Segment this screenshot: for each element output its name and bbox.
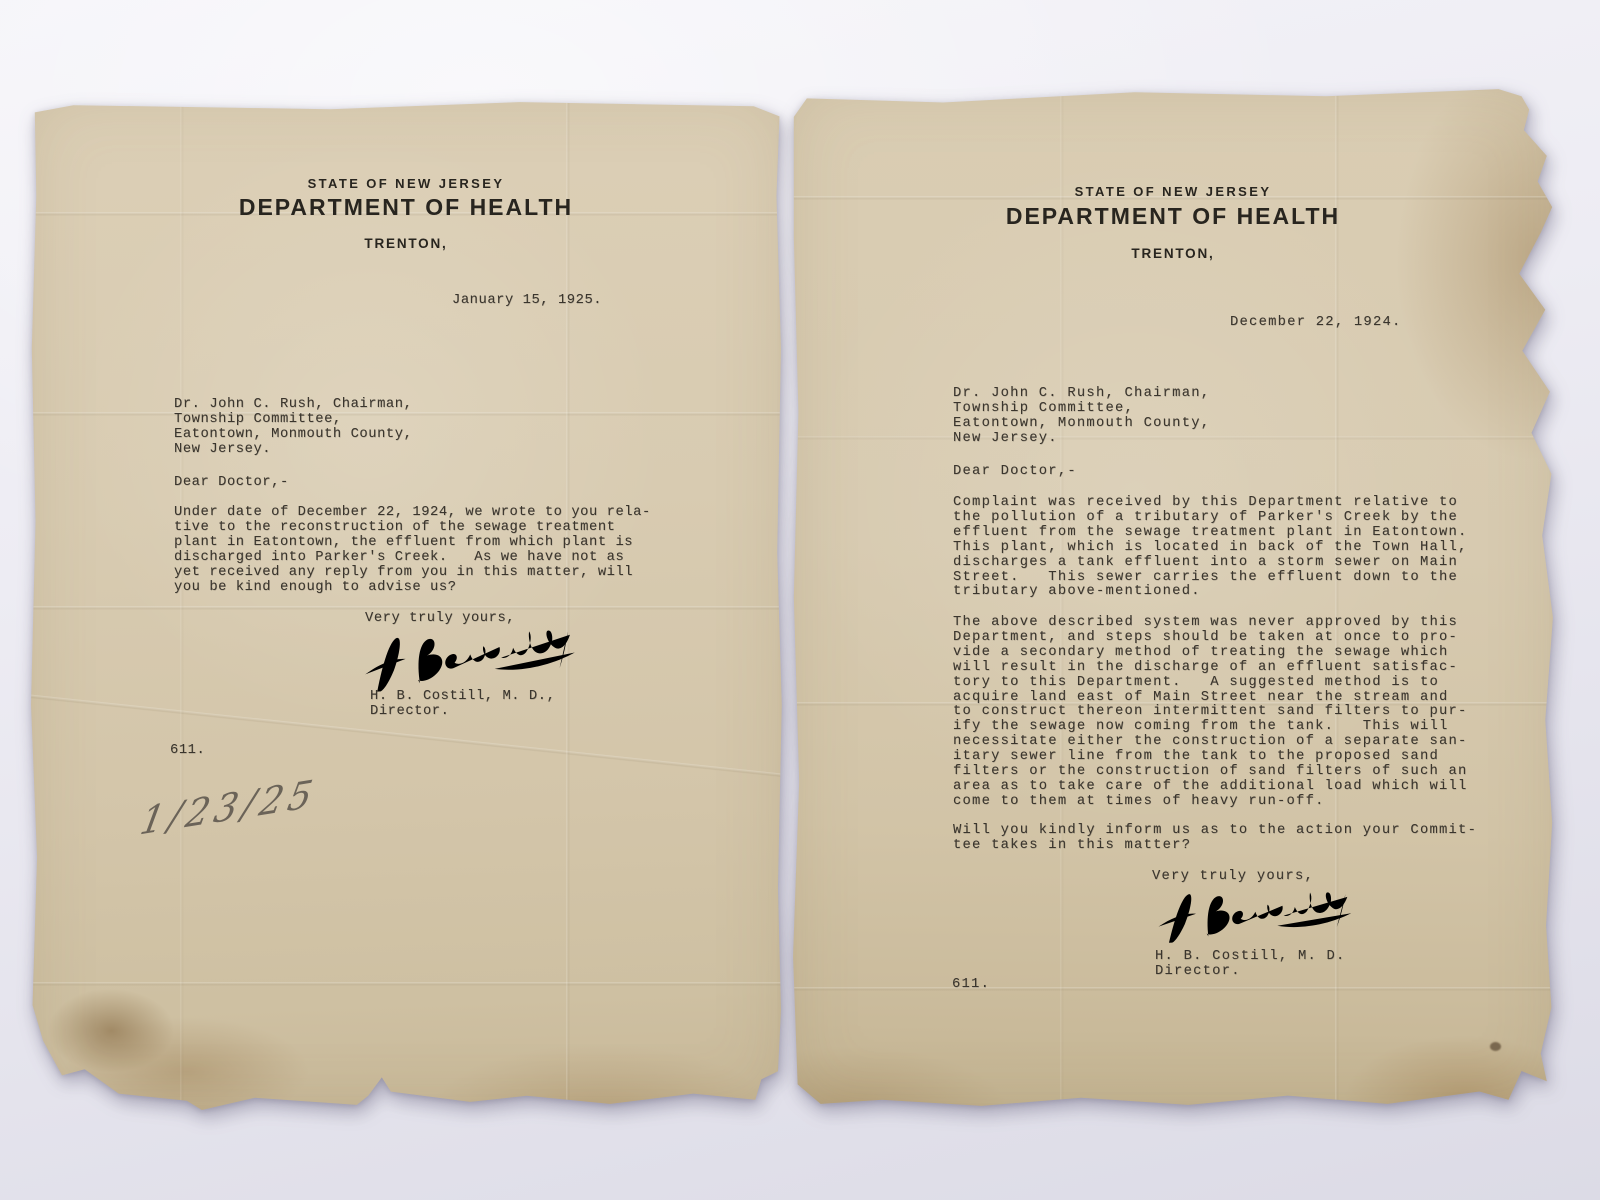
date-line: January 15, 1925. <box>452 294 602 309</box>
letterhead-department: DEPARTMENT OF HEALTH <box>790 203 1556 230</box>
handwritten-date-annotation: 1/23/25 <box>137 771 321 844</box>
date-line: December 22, 1924. <box>1230 316 1402 331</box>
salutation: Dear Doctor,- <box>953 465 1077 480</box>
letterhead-state: STATE OF NEW JERSEY <box>790 184 1556 199</box>
fold-crease <box>28 606 784 610</box>
fold-crease <box>790 987 1556 991</box>
letterhead-department: DEPARTMENT OF HEALTH <box>28 194 784 221</box>
signer-block: H. B. Costill, M. D., Director. <box>370 690 555 720</box>
recipient-block: Dr. John C. Rush, Chairman, Township Com… <box>953 387 1210 447</box>
aged-paper-sheet: STATE OF NEW JERSEY DEPARTMENT OF HEALTH… <box>28 94 784 1112</box>
aged-paper-sheet: STATE OF NEW JERSEY DEPARTMENT OF HEALTH… <box>790 84 1556 1110</box>
file-number: 611. <box>170 744 205 759</box>
signature-h-b-costill-icon <box>1137 878 1374 952</box>
photo-of-two-letters: STATE OF NEW JERSEY DEPARTMENT OF HEALTH… <box>0 0 1600 1200</box>
recipient-block: Dr. John C. Rush, Chairman, Township Com… <box>174 398 412 458</box>
body-paragraph: The above described system was never app… <box>953 616 1468 810</box>
letterhead-city: TRENTON, <box>790 246 1556 261</box>
body-paragraph: Complaint was received by this Departmen… <box>953 496 1468 600</box>
letterhead-city: TRENTON, <box>28 236 784 251</box>
letter-december-22-1924: STATE OF NEW JERSEY DEPARTMENT OF HEALTH… <box>790 84 1556 1110</box>
body-paragraph: Will you kindly inform us as to the acti… <box>953 824 1477 854</box>
salutation: Dear Doctor,- <box>174 476 289 491</box>
signer-block: H. B. Costill, M. D. Director. <box>1155 950 1346 980</box>
letter-january-15-1925: STATE OF NEW JERSEY DEPARTMENT OF HEALTH… <box>28 94 784 1112</box>
fold-crease <box>28 982 784 986</box>
body-paragraph: Under date of December 22, 1924, we wrot… <box>174 506 651 595</box>
file-number: 611. <box>952 978 990 993</box>
ink-spot <box>1490 1042 1501 1051</box>
letterhead-state: STATE OF NEW JERSEY <box>28 176 784 191</box>
